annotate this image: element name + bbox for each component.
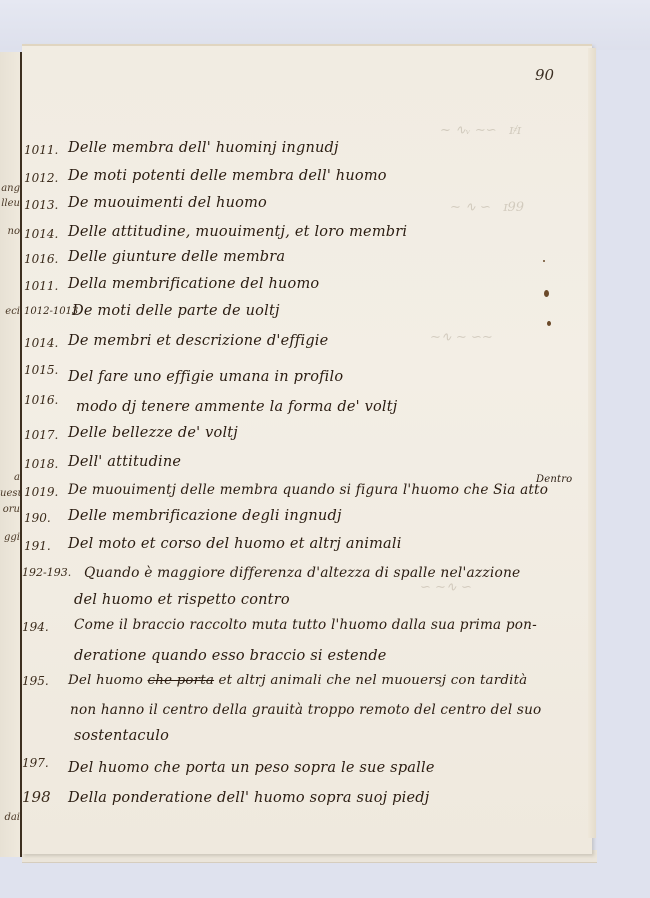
entry-text: De membri et descrizione d'effigie [68,333,328,349]
entry-number: 1015. [24,363,58,377]
entry-text: Delle membra dell' huominj ingnudj [68,140,339,156]
entry-number: 190. [24,511,51,525]
entry-text: Del moto et corso del huomo et altrj ani… [68,536,402,552]
entry-text-continuation: sostentaculo [74,728,169,744]
entry-number: 1016. [24,252,58,266]
entry-number: 1018. [24,457,58,471]
facing-fragment: lleu [0,198,20,209]
entry-number: 1011. [24,279,58,293]
entry-text: Quando è maggiore differenza d'altezza d… [84,565,520,581]
facing-page-edge: ang lleu no eci a uesu oru ggi dai [0,52,22,857]
entry-text: De moti potenti delle membra dell' huomo [68,168,387,184]
entry-number: 191. [24,539,51,553]
entry-text: De muouimenti del huomo [68,195,267,211]
bleed-through-text: ∼∿ ∼ ∽∼ [430,330,493,345]
entry-text: Del huomo che porta un peso sopra le sue… [68,760,435,776]
facing-fragment: no [0,226,20,237]
facing-fragment: uesu [0,488,20,499]
entry-number: 1017. [24,428,58,442]
facing-fragment: dai [0,812,20,823]
bleed-through-text: ∽ ∼∿ ∽ [420,580,472,595]
ink-stain [547,321,551,326]
entry-number: 195. [22,674,49,688]
entry-number: 194. [22,620,49,634]
entry-text: Delle giunture delle membra [68,249,285,265]
facing-fragment: eci [0,306,20,317]
folio-number: 90 [535,66,554,84]
bleed-through-text: ∼ ∿ ∽ ɪ99 [450,200,524,215]
entry-text: Della membrificatione del huomo [68,276,319,292]
page-deckle-edge [588,48,596,838]
entry-number: 1011. [24,143,58,157]
entry-text: Delle membrificazione degli ingnudj [68,508,342,524]
entry-text: Della ponderatione dell' huomo sopra suo… [68,790,429,806]
entry-text-continuation: non hanno il centro della grauità troppo… [70,702,541,718]
entry-text: Delle bellezze de' voltj [68,425,238,441]
entry-number: 1014. [24,336,58,350]
facing-fragment: ggi [0,532,20,543]
facing-fragment: a [0,472,20,483]
entry-text: Delle attitudine, muouimentj, et loro me… [68,224,407,240]
entry-text: De moti delle parte de uoltj [72,303,280,319]
entry-text-continuation: deratione quando esso braccio si estende [74,648,387,664]
entry-number: 198 [22,788,51,806]
entry-text: modo dj tenere ammente la forma de' volt… [76,399,397,415]
ink-stain [544,290,549,297]
bleed-through-text: ~ ∿ᵥ ∼∽ ɪ҂ɪ [440,122,521,138]
entry-number: 1016. [24,393,58,407]
entry-text: Del huomo che porta et altrj animali che… [68,673,527,688]
entry-text: Come il braccio raccolto muta tutto l'hu… [74,617,537,633]
entry-text: De muouimentj delle membra quando si fig… [68,482,548,498]
entry-text-part: et altrj animali che nel muouersj con ta… [214,673,527,688]
struck-text: che porta [148,673,215,688]
facing-fragment: oru [0,504,20,515]
entry-text: Dell' attitudine [68,454,181,470]
entry-number: 1012. [24,171,58,185]
entry-text: Del fare uno effigie umana in profilo [68,369,343,385]
ink-stain [543,260,545,262]
entry-number: 197. [22,756,49,770]
entry-number: 1014. [24,227,58,241]
background [0,0,650,50]
entry-marginal-note: Dentro [536,474,572,485]
entry-number: 1013. [24,198,58,212]
entry-text-continuation: del huomo et rispetto contro [74,592,290,608]
facing-fragment: ang [0,183,20,194]
entry-text-part: Del huomo [68,673,143,688]
entry-number: 192-193. [22,566,71,579]
entry-number: 1019. [24,485,58,499]
